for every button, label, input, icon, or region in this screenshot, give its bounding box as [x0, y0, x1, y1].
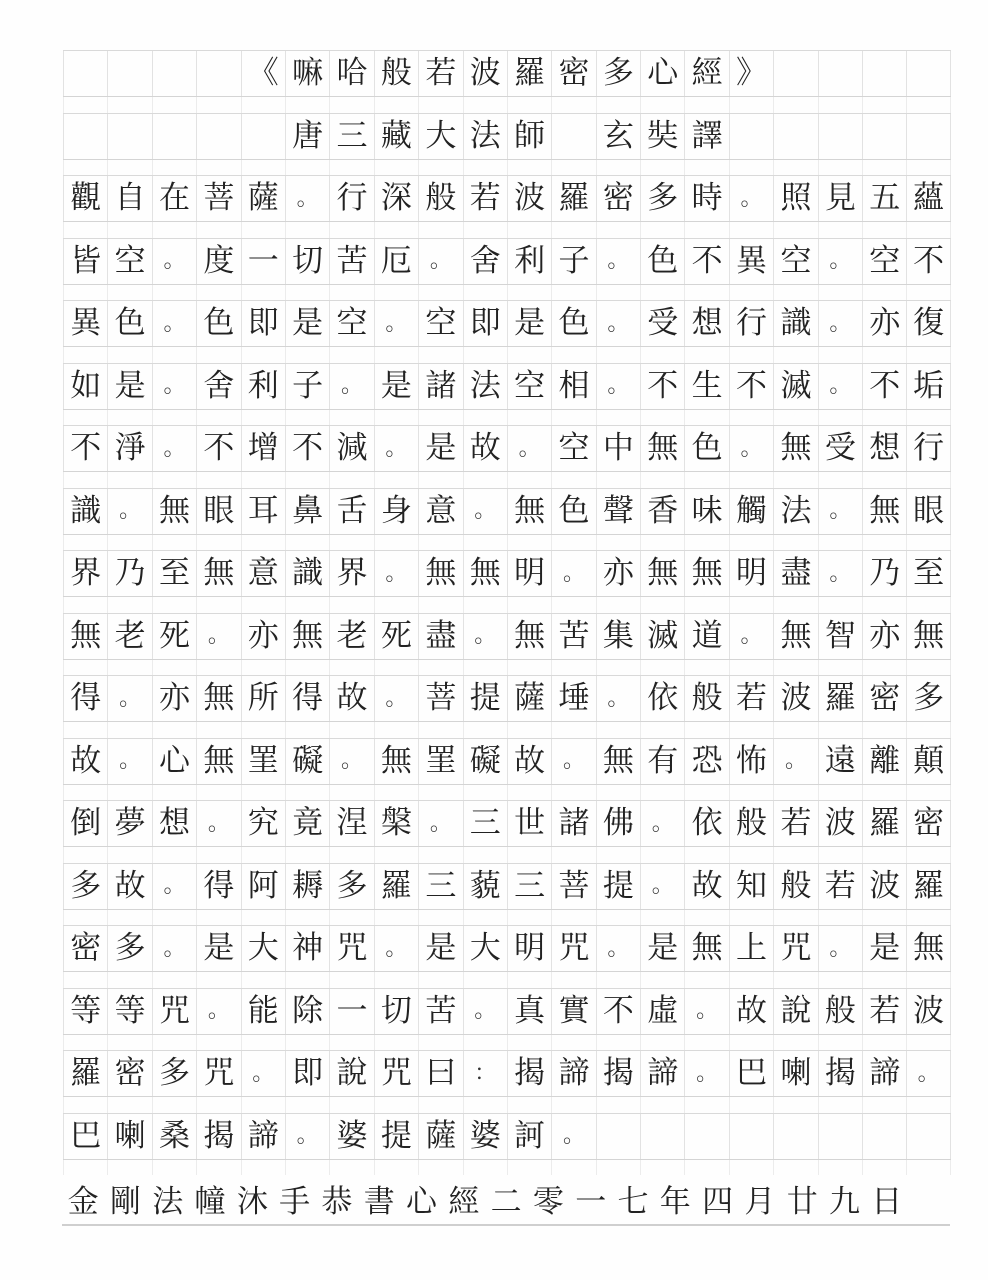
signature-char: 七: [612, 1176, 654, 1221]
grid-cell-char: 不: [729, 364, 773, 409]
grid-cell-char: 。: [152, 239, 196, 284]
grid-cell-char: 。: [463, 989, 507, 1034]
grid-cell-char: 咒: [773, 926, 817, 971]
grid-cell-empty: [63, 114, 107, 159]
grid-cell-char: 。: [818, 301, 862, 346]
signature-char: 剛: [104, 1176, 146, 1221]
grid-cell-char: 般: [374, 51, 418, 96]
grid-cell-empty: [818, 51, 862, 96]
signature-char: 零: [527, 1176, 569, 1221]
grid-cell-char: 諦: [640, 1051, 684, 1096]
grid-cell-char: 舍: [463, 239, 507, 284]
grid-cell-char: 。: [152, 426, 196, 471]
row-spacer: [63, 347, 951, 363]
grid-cell-char: 亦: [862, 301, 906, 346]
grid-cell-char: 法: [773, 489, 817, 534]
grid-cell-char: 世: [507, 801, 551, 846]
grid-cell-char: 。: [596, 301, 640, 346]
grid-cell-char: 無: [463, 551, 507, 596]
grid-cell-char: 藐: [463, 864, 507, 909]
grid-cell-char: 無: [196, 739, 240, 784]
grid-cell-char: 老: [107, 614, 151, 659]
grid-cell-char: 識: [773, 301, 817, 346]
grid-cell-char: 明: [507, 926, 551, 971]
row-spacer: [63, 660, 951, 676]
grid-cell-char: 得: [196, 864, 240, 909]
grid-cell-char: 增: [241, 426, 285, 471]
grid-cell-char: 曰: [418, 1051, 462, 1096]
grid-cell-char: 揭: [818, 1051, 862, 1096]
grid-cell-char: 有: [640, 739, 684, 784]
grid-cell-char: 實: [551, 989, 595, 1034]
grid-cell-char: 密: [862, 676, 906, 721]
grid-cell-char: 大: [463, 926, 507, 971]
grid-cell-char: 若: [818, 864, 862, 909]
grid-cell-char: 死: [152, 614, 196, 659]
grid-cell-char: 無: [906, 614, 950, 659]
grid-cell-char: 般: [773, 864, 817, 909]
grid-cell-char: 說: [329, 1051, 373, 1096]
grid-cell-char: 子: [551, 239, 595, 284]
grid-cell-empty: [107, 114, 151, 159]
grid-cell-char: 諦: [862, 1051, 906, 1096]
grid-cell-char: 蘊: [906, 176, 950, 221]
grid-cell-char: 。: [640, 801, 684, 846]
grid-cell-char: 鼻: [285, 489, 329, 534]
row-spacer: [63, 97, 951, 113]
text-row: 皆空。度一切苦厄。舍利子。色不異空。空不: [63, 238, 951, 285]
grid-cell-char: 。: [196, 614, 240, 659]
grid-cell-char: 知: [729, 864, 773, 909]
grid-cell-char: 羅: [818, 676, 862, 721]
grid-cell-char: 依: [640, 676, 684, 721]
grid-cell-char: 是: [862, 926, 906, 971]
grid-cell-char: 盡: [773, 551, 817, 596]
grid-cell-empty: [196, 51, 240, 96]
grid-cell-char: 諸: [418, 364, 462, 409]
row-spacer: [63, 1035, 951, 1051]
grid-cell-char: 密: [107, 1051, 151, 1096]
grid-cell-char: 奘: [640, 114, 684, 159]
grid-cell-char: 不: [862, 364, 906, 409]
grid-cell-empty: [818, 1114, 862, 1159]
grid-cell-char: 波: [906, 989, 950, 1034]
grid-cell-char: 即: [241, 301, 285, 346]
grid-cell-char: 不: [63, 426, 107, 471]
grid-cell-char: 哈: [329, 51, 373, 96]
grid-cell-char: 故: [684, 864, 728, 909]
grid-cell-char: ：: [463, 1051, 507, 1096]
grid-cell-char: 無: [196, 551, 240, 596]
grid-cell-char: 多: [596, 51, 640, 96]
grid-cell-char: 見: [818, 176, 862, 221]
grid-cell-char: 顛: [906, 739, 950, 784]
grid-cell-char: 耳: [241, 489, 285, 534]
grid-cell-char: 不: [196, 426, 240, 471]
grid-cell-char: 盡: [418, 614, 462, 659]
signature-char: 四: [696, 1176, 738, 1221]
grid-cell-char: 滅: [773, 364, 817, 409]
grid-cell-char: 無: [152, 489, 196, 534]
grid-cell-char: 。: [596, 676, 640, 721]
grid-cell-char: 若: [418, 51, 462, 96]
grid-cell-char: 度: [196, 239, 240, 284]
grid-cell-char: 。: [152, 301, 196, 346]
row-spacer: [63, 285, 951, 301]
grid-cell-char: 。: [551, 1114, 595, 1159]
grid-cell-char: 得: [285, 676, 329, 721]
signature-char: 幢: [189, 1176, 231, 1221]
grid-cell-char: 不: [640, 364, 684, 409]
signature-char: 經: [443, 1176, 485, 1221]
grid-cell-char: 是: [107, 364, 151, 409]
text-row: 觀自在菩薩。行深般若波羅密多時。照見五蘊: [63, 175, 951, 222]
grid-cell-char: 恐: [684, 739, 728, 784]
grid-cell-char: 礙: [285, 739, 329, 784]
text-row: 無老死。亦無老死盡。無苦集滅道。無智亦無: [63, 613, 951, 660]
grid-cell-char: 多: [152, 1051, 196, 1096]
grid-cell-char: 。: [773, 739, 817, 784]
grid-cell-char: 意: [241, 551, 285, 596]
grid-cell-char: 玄: [596, 114, 640, 159]
grid-cell-empty: [906, 51, 950, 96]
grid-cell-char: 罣: [418, 739, 462, 784]
grid-cell-char: 色: [107, 301, 151, 346]
grid-cell-char: 無: [196, 676, 240, 721]
practice-sheet: 《嘛哈般若波羅密多心經》唐三藏大法師玄奘譯觀自在菩薩。行深般若波羅密多時。照見五…: [0, 0, 988, 1280]
grid-cell-char: 。: [418, 239, 462, 284]
grid-cell-char: 中: [596, 426, 640, 471]
signature-char: 二: [485, 1176, 527, 1221]
grid-cell-char: 法: [463, 114, 507, 159]
grid-cell-char: 想: [862, 426, 906, 471]
grid-cell-empty: [640, 1114, 684, 1159]
grid-cell-char: 菩: [418, 676, 462, 721]
grid-cell-char: 是: [285, 301, 329, 346]
grid-cell-char: 減: [329, 426, 373, 471]
grid-cell-empty: [241, 114, 285, 159]
grid-cell-char: 不: [684, 239, 728, 284]
grid-cell-char: 等: [63, 989, 107, 1034]
grid-cell-char: 無: [640, 551, 684, 596]
grid-cell-char: 苦: [418, 989, 462, 1034]
text-row: 倒夢想。究竟涅槃。三世諸佛。依般若波羅密: [63, 800, 951, 847]
grid-cell-char: 般: [818, 989, 862, 1034]
grid-cell-empty: [729, 114, 773, 159]
grid-cell-char: 不: [285, 426, 329, 471]
grid-cell-char: 。: [684, 1051, 728, 1096]
grid-cell-char: 提: [596, 864, 640, 909]
grid-cell-char: 薩: [418, 1114, 462, 1159]
grid-cell-char: 埵: [551, 676, 595, 721]
grid-cell-char: 無: [418, 551, 462, 596]
grid-cell-char: 切: [285, 239, 329, 284]
grid-cell-empty: [773, 51, 817, 96]
signature-char: 日: [866, 1176, 908, 1221]
grid-cell-char: 所: [241, 676, 285, 721]
grid-cell-char: 乃: [107, 551, 151, 596]
grid-cell-char: 密: [63, 926, 107, 971]
grid-cell-char: 是: [374, 364, 418, 409]
grid-cell-char: 波: [773, 676, 817, 721]
row-spacer: [63, 972, 951, 988]
grid-cell-char: 行: [729, 301, 773, 346]
grid-cell-char: 垢: [906, 364, 950, 409]
grid-cell-char: 大: [241, 926, 285, 971]
grid-cell-char: 觸: [729, 489, 773, 534]
grid-cell-char: 大: [418, 114, 462, 159]
grid-cell-char: 婆: [463, 1114, 507, 1159]
grid-cell-empty: [862, 114, 906, 159]
grid-cell-char: 。: [551, 739, 595, 784]
grid-cell-char: 空: [107, 239, 151, 284]
grid-cell-empty: [729, 1114, 773, 1159]
grid-cell-char: 。: [684, 989, 728, 1034]
subtitle-row: 唐三藏大法師玄奘譯: [63, 113, 951, 160]
text-row: 故。心無罣礙。無罣礙故。無有恐怖。遠離顛: [63, 738, 951, 785]
grid-cell-char: 。: [818, 551, 862, 596]
grid-cell-char: 無: [684, 926, 728, 971]
grid-cell-char: 波: [507, 176, 551, 221]
row-spacer: [63, 1097, 951, 1113]
grid-cell-char: 羅: [906, 864, 950, 909]
grid-cell-char: 揭: [596, 1051, 640, 1096]
grid-cell-char: 界: [329, 551, 373, 596]
grid-cell-char: 經: [684, 51, 728, 96]
text-row: 如是。舍利子。是諸法空相。不生不滅。不垢: [63, 363, 951, 410]
grid-cell-char: 至: [906, 551, 950, 596]
grid-cell-char: 羅: [507, 51, 551, 96]
grid-cell-char: 說: [773, 989, 817, 1034]
row-spacer: [63, 910, 951, 926]
grid-cell-char: 即: [463, 301, 507, 346]
grid-cell-char: 多: [107, 926, 151, 971]
grid-cell-empty: [906, 114, 950, 159]
grid-cell-char: 無: [640, 426, 684, 471]
grid-cell-char: 異: [729, 239, 773, 284]
grid-cell-char: 。: [107, 676, 151, 721]
grid-cell-char: 死: [374, 614, 418, 659]
grid-cell-char: 羅: [551, 176, 595, 221]
grid-cell-empty: [63, 51, 107, 96]
grid-cell-char: 是: [507, 301, 551, 346]
grid-cell-char: 無: [63, 614, 107, 659]
grid-cell-char: 老: [329, 614, 373, 659]
grid-cell-char: 怖: [729, 739, 773, 784]
grid-cell-char: 受: [818, 426, 862, 471]
grid-cell-char: 無: [596, 739, 640, 784]
character-grid: 《嘛哈般若波羅密多心經》唐三藏大法師玄奘譯觀自在菩薩。行深般若波羅密多時。照見五…: [63, 50, 951, 1175]
grid-cell-char: 。: [285, 1114, 329, 1159]
grid-cell-char: 不: [596, 989, 640, 1034]
grid-cell-char: 阿: [241, 864, 285, 909]
grid-cell-char: 行: [329, 176, 373, 221]
grid-cell-char: 苦: [329, 239, 373, 284]
grid-cell-char: 真: [507, 989, 551, 1034]
grid-cell-char: 密: [596, 176, 640, 221]
grid-cell-char: 罣: [241, 739, 285, 784]
grid-cell-char: 婆: [329, 1114, 373, 1159]
grid-cell-char: 。: [152, 364, 196, 409]
text-row: 界乃至無意識界。無無明。亦無無明盡。乃至: [63, 550, 951, 597]
grid-cell-char: 智: [818, 614, 862, 659]
grid-cell-empty: [152, 114, 196, 159]
grid-cell-char: 觀: [63, 176, 107, 221]
grid-cell-char: 眼: [906, 489, 950, 534]
text-row: 不淨。不增不減。是故。空中無色。無受想行: [63, 425, 951, 472]
grid-cell-char: 空: [507, 364, 551, 409]
grid-cell-char: 異: [63, 301, 107, 346]
grid-cell-empty: [152, 51, 196, 96]
row-spacer: [63, 472, 951, 488]
grid-cell-char: 一: [241, 239, 285, 284]
grid-cell-char: 法: [463, 364, 507, 409]
title-row: 《嘛哈般若波羅密多心經》: [63, 50, 951, 97]
grid-cell-char: 色: [684, 426, 728, 471]
grid-cell-char: 意: [418, 489, 462, 534]
grid-cell-char: 諦: [241, 1114, 285, 1159]
grid-cell-char: 故: [729, 989, 773, 1034]
grid-cell-char: 涅: [329, 801, 373, 846]
grid-cell-char: 舍: [196, 364, 240, 409]
grid-cell-empty: [596, 1114, 640, 1159]
row-spacer: [63, 722, 951, 738]
grid-cell-char: 如: [63, 364, 107, 409]
row-spacer: [63, 847, 951, 863]
grid-cell-char: 般: [418, 176, 462, 221]
grid-cell-char: 五: [862, 176, 906, 221]
grid-cell-empty: [862, 51, 906, 96]
grid-cell-char: 無: [773, 426, 817, 471]
grid-cell-empty: [551, 114, 595, 159]
grid-cell-char: 。: [729, 176, 773, 221]
grid-cell-char: 亦: [596, 551, 640, 596]
grid-cell-char: 虛: [640, 989, 684, 1034]
grid-cell-char: 《: [241, 51, 285, 96]
signature-char: 手: [273, 1176, 315, 1221]
grid-cell-empty: [862, 1114, 906, 1159]
grid-cell-char: 生: [684, 364, 728, 409]
grid-cell-char: 喇: [107, 1114, 151, 1159]
grid-cell-char: 亦: [241, 614, 285, 659]
grid-cell-char: 道: [684, 614, 728, 659]
grid-cell-char: 舌: [329, 489, 373, 534]
grid-cell-char: 色: [196, 301, 240, 346]
signature-char: 九: [823, 1176, 865, 1221]
grid-cell-empty: [818, 114, 862, 159]
grid-cell-char: 亦: [152, 676, 196, 721]
grid-cell-char: 空: [329, 301, 373, 346]
grid-cell-char: 唐: [285, 114, 329, 159]
grid-cell-char: 聲: [596, 489, 640, 534]
grid-cell-char: 神: [285, 926, 329, 971]
text-row: 密多。是大神咒。是大明咒。是無上咒。是無: [63, 925, 951, 972]
text-row: 多故。得阿耨多羅三藐三菩提。故知般若波羅: [63, 863, 951, 910]
grid-cell-char: 》: [729, 51, 773, 96]
grid-cell-char: 空: [773, 239, 817, 284]
grid-cell-char: 空: [418, 301, 462, 346]
grid-cell-char: 是: [418, 926, 462, 971]
grid-cell-char: 。: [818, 489, 862, 534]
row-spacer: [63, 222, 951, 238]
grid-cell-char: 密: [551, 51, 595, 96]
grid-cell-char: 。: [596, 364, 640, 409]
grid-cell-char: 無: [773, 614, 817, 659]
row-spacer: [63, 785, 951, 801]
grid-cell-char: 。: [152, 864, 196, 909]
grid-cell-empty: [906, 1114, 950, 1159]
grid-cell-char: 等: [107, 989, 151, 1034]
row-spacer: [63, 597, 951, 613]
grid-cell-char: 不: [906, 239, 950, 284]
grid-cell-char: 若: [773, 801, 817, 846]
grid-cell-char: 厄: [374, 239, 418, 284]
grid-cell-char: 時: [684, 176, 728, 221]
grid-cell-char: 三: [463, 801, 507, 846]
grid-cell-char: 。: [596, 926, 640, 971]
signature-line: 金剛法幢沐手恭書心經二零一七年四月廿九日: [62, 1172, 950, 1226]
grid-cell-char: 心: [152, 739, 196, 784]
grid-cell-char: 無: [285, 614, 329, 659]
grid-cell-char: 。: [729, 426, 773, 471]
grid-cell-char: 薩: [507, 676, 551, 721]
grid-cell-char: 般: [729, 801, 773, 846]
grid-cell-char: 。: [507, 426, 551, 471]
grid-cell-char: 遠: [818, 739, 862, 784]
grid-cell-char: 咒: [329, 926, 373, 971]
grid-cell-char: 。: [729, 614, 773, 659]
grid-cell-char: 咒: [551, 926, 595, 971]
grid-cell-char: 利: [241, 364, 285, 409]
grid-cell-char: 。: [107, 489, 151, 534]
grid-cell-empty: [107, 51, 151, 96]
grid-cell-char: 般: [684, 676, 728, 721]
grid-cell-char: 復: [906, 301, 950, 346]
grid-cell-char: 波: [463, 51, 507, 96]
grid-cell-char: 身: [374, 489, 418, 534]
grid-cell-char: 明: [507, 551, 551, 596]
grid-cell-char: 多: [906, 676, 950, 721]
grid-cell-char: 羅: [63, 1051, 107, 1096]
grid-cell-char: 亦: [862, 614, 906, 659]
grid-cell-char: 無: [862, 489, 906, 534]
grid-cell-char: 。: [241, 1051, 285, 1096]
grid-cell-char: 。: [285, 176, 329, 221]
grid-cell-char: 苦: [551, 614, 595, 659]
grid-cell-char: 槃: [374, 801, 418, 846]
grid-cell-char: 故: [463, 426, 507, 471]
grid-cell-char: 。: [107, 739, 151, 784]
grid-cell-char: 耨: [285, 864, 329, 909]
grid-cell-char: 桑: [152, 1114, 196, 1159]
text-row: 識。無眼耳鼻舌身意。無色聲香味觸法。無眼: [63, 488, 951, 535]
grid-cell-char: 。: [196, 801, 240, 846]
grid-cell-char: 竟: [285, 801, 329, 846]
grid-cell-char: 。: [152, 926, 196, 971]
grid-cell-char: 即: [285, 1051, 329, 1096]
grid-cell-char: 空: [551, 426, 595, 471]
grid-cell-char: 多: [640, 176, 684, 221]
grid-cell-char: 滅: [640, 614, 684, 659]
signature-char: 書: [358, 1176, 400, 1221]
grid-cell-char: 夢: [107, 801, 151, 846]
grid-cell-char: 除: [285, 989, 329, 1034]
grid-cell-char: 色: [551, 489, 595, 534]
grid-cell-char: 諸: [551, 801, 595, 846]
grid-cell-char: 香: [640, 489, 684, 534]
grid-cell-char: 皆: [63, 239, 107, 284]
grid-cell-char: 淨: [107, 426, 151, 471]
